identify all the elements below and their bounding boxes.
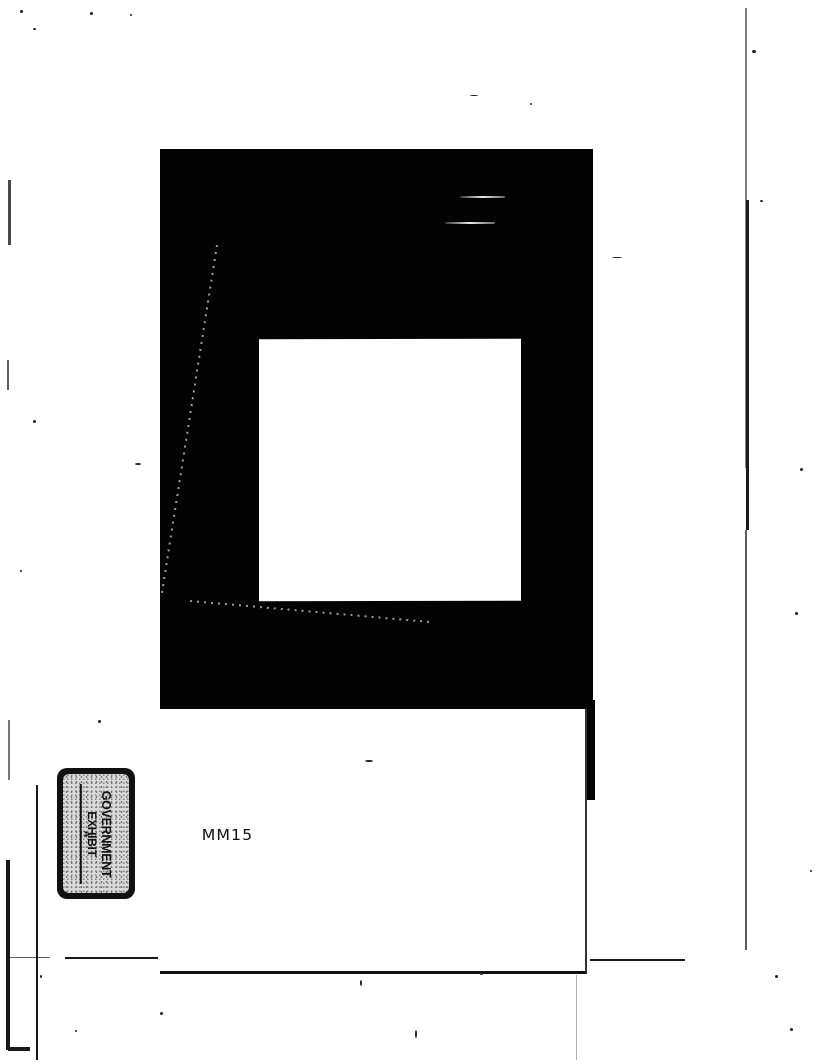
scan-speck <box>20 10 23 13</box>
right-scan-edge-lower <box>745 530 747 950</box>
scan-speck <box>33 28 36 30</box>
left-scan-edge-low <box>8 720 10 780</box>
glint-mark <box>445 222 495 224</box>
scan-speck <box>20 570 22 572</box>
scan-speck <box>810 870 812 872</box>
scan-speck <box>760 200 763 202</box>
scan-speck <box>33 420 36 423</box>
scan-speck <box>612 257 622 258</box>
scan-speck <box>135 463 141 465</box>
scan-speck <box>775 975 778 978</box>
scan-speck <box>365 760 373 762</box>
scan-speck <box>530 103 532 105</box>
scan-speck <box>75 1030 77 1032</box>
card-label: MM15 <box>202 826 253 844</box>
glint-mark <box>460 196 505 198</box>
sticker-face: GOVERNMENT EXHIBIT A <box>63 774 129 893</box>
left-corner-edge <box>6 860 10 1050</box>
scan-speck <box>130 14 132 16</box>
scan-speck <box>480 972 483 975</box>
scan-speck <box>360 980 362 986</box>
scan-speck <box>90 12 93 15</box>
envelope-window <box>259 339 521 601</box>
scan-speck <box>160 1012 163 1015</box>
scan-speck <box>40 975 42 978</box>
table-edge-left-2 <box>65 957 158 959</box>
scan-speck <box>752 50 756 53</box>
scan-speck <box>98 720 101 723</box>
right-scan-edge-dark <box>746 200 749 530</box>
scanned-page: MM15 GOVERNMENT EXHIBIT A <box>0 0 817 1064</box>
scan-speck <box>415 1030 417 1038</box>
left-scan-edge-upper <box>8 180 11 245</box>
dotted-guide <box>576 975 577 1060</box>
government-exhibit-sticker: GOVERNMENT EXHIBIT A <box>57 768 135 899</box>
bottom-left-edge <box>8 1047 30 1051</box>
left-page-edge <box>36 785 38 1060</box>
exhibit-id: A <box>82 830 92 837</box>
scan-speck <box>800 468 803 471</box>
left-scan-edge-mid <box>7 360 9 390</box>
table-edge-left <box>10 957 50 958</box>
sticker-title: GOVERNMENT <box>99 784 112 884</box>
scan-speck <box>795 612 798 615</box>
scan-speck <box>790 1028 793 1031</box>
scan-speck <box>470 95 478 96</box>
table-edge-right <box>590 959 685 961</box>
